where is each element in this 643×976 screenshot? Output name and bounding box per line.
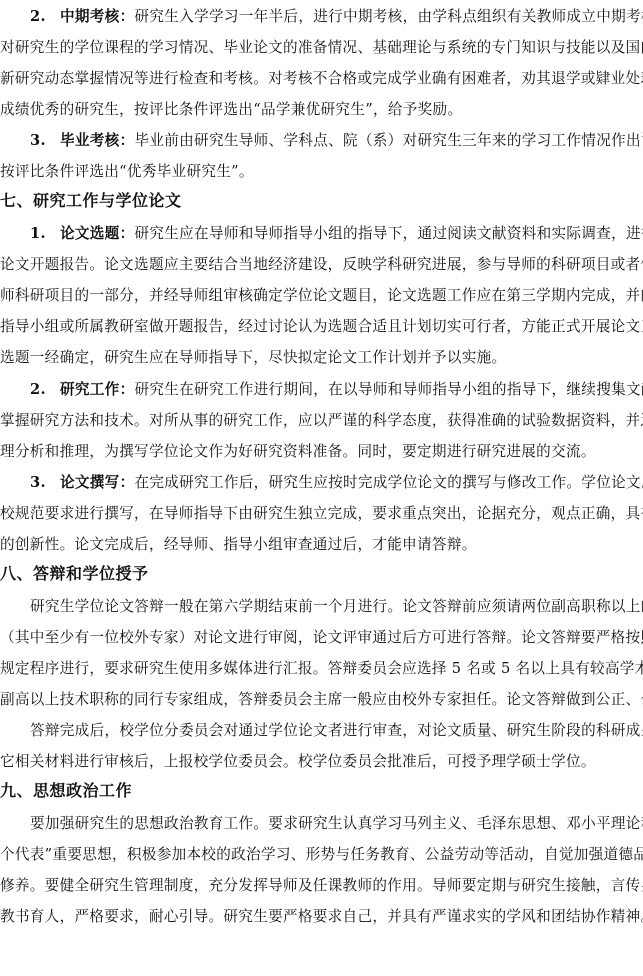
item-number: 2. xyxy=(30,1,60,32)
item-text: 研究生入学学习一年半后，进行中期考核，由学科点组织有关教师成立中期考核小组， xyxy=(134,8,643,25)
paragraph-line: 指导小组或所属教研室做开题报告，经过讨论认为选题合适且计划切实可行者，方能正式开… xyxy=(0,311,643,342)
paragraph-line: 选题一经确定，研究生应在导师指导下，尽快拟定论文工作计划并予以实施。 xyxy=(0,342,643,373)
paragraph-line: 新研究动态掌握情况等进行检查和考核。对考核不合格或完成学业确有困难者，劝其退学或… xyxy=(0,63,643,94)
paragraph-line: 规定程序进行，要求研究生使用多媒体进行汇报。答辩委员会应选择 5 名或 5 名以… xyxy=(0,653,643,684)
thesis-writing-line-1: 3.论文撰写：在完成研究工作后，研究生应按时完成学位论文的撰写与修改工作。学位论… xyxy=(0,467,643,498)
paragraph-line: 按评比条件评选出“优秀毕业研究生”。 xyxy=(0,156,643,187)
paragraph-line: 的创新性。论文完成后，经导师、指导小组审查通过后，才能申请答辩。 xyxy=(0,529,643,560)
paragraph-line: 修养。要健全研究生管理制度，充分发挥导师及任课教师的作用。导师要定期与研究生接触… xyxy=(0,870,643,901)
paragraph-line: 答辩完成后，校学位分委员会对通过学位论文者进行审查，对论文质量、研究生阶段的科研… xyxy=(0,715,643,746)
thesis-topic-line-1: 1.论文选题：研究生应在导师和导师指导小组的指导下，通过阅读文献资料和实际调查，… xyxy=(0,218,643,249)
paragraph-line: 个代表”重要思想，积极参加本校的政治学习、形势与任务教育、公益劳动等活动，自觉加… xyxy=(0,839,643,870)
paragraph-line: 校规范要求进行撰写，在导师指导下由研究生独立完成，要求重点突出，论据充分，观点正… xyxy=(0,498,643,529)
item-text: 毕业前由研究生导师、学科点、院（系）对研究生三年来的学习工作情况作出评价， xyxy=(134,132,643,149)
item-number: 3. xyxy=(30,467,60,498)
paragraph-line: 要加强研究生的思想政治教育工作。要求研究生认真学习马列主义、毛泽东思想、邓小平理… xyxy=(0,808,643,839)
research-work-line-1: 2.研究工作：研究生在研究工作进行期间，在以导师和导师指导小组的指导下，继续搜集… xyxy=(0,374,643,405)
paragraph-line: 教书育人，严格要求，耐心引导。研究生要严格要求自己，并具有严谨求实的学风和团结协… xyxy=(0,901,643,932)
paragraph-line: 师科研项目的一部分，并经导师组审核确定学位论文题目，论文选题工作应在第三学期内完… xyxy=(0,280,643,311)
paragraph-line: （其中至少有一位校外专家）对论文进行审阅，论文评审通过后方可进行答辩。论文答辩要… xyxy=(0,622,643,653)
item-label: 研究工作： xyxy=(60,381,134,398)
paragraph-line: 论文开题报告。论文选题应主要结合当地经济建设，反映学科研究进展，参与导师的科研项… xyxy=(0,249,643,280)
paragraph-line: 副高以上技术职称的同行专家组成，答辩委员会主席一般应由校外专家担任。论文答辩做到… xyxy=(0,684,643,715)
item-label: 毕业考核： xyxy=(60,132,134,149)
item-label: 论文撰写： xyxy=(60,474,134,491)
section-heading: 八、答辩和学位授予 xyxy=(0,558,149,589)
item-number: 2. xyxy=(30,374,60,405)
graduation-assessment-line-1: 3.毕业考核：毕业前由研究生导师、学科点、院（系）对研究生三年来的学习工作情况作… xyxy=(0,125,643,156)
paragraph-line: 研究生学位论文答辩一般在第六学期结束前一个月进行。论文答辩前应须请两位副高职称以… xyxy=(0,591,643,622)
section-heading: 九、思想政治工作 xyxy=(0,775,132,806)
item-label: 论文选题： xyxy=(60,225,134,242)
paragraph-line: 成绩优秀的研究生，按评比条件评选出“品学兼优研究生”，给予奖励。 xyxy=(0,94,643,125)
paragraph-line: 掌握研究方法和技术。对所从事的研究工作，应以严谨的科学态度，获得准确的试验数据资… xyxy=(0,405,643,436)
paragraph-line: 理分析和推理，为撰写学位论文作为好研究资料准备。同时，要定期进行研究进展的交流。 xyxy=(0,436,643,467)
item-text: 研究生应在导师和导师指导小组的指导下，通过阅读文献资料和实际调查，进行学位 xyxy=(134,225,643,242)
paragraph-line: 它相关材料进行审核后，上报校学位委员会。校学位委员会批准后，可授予理学硕士学位。 xyxy=(0,746,643,777)
item-number: 3. xyxy=(30,125,60,156)
item-label: 中期考核： xyxy=(60,8,134,25)
item-text: 研究生在研究工作进行期间，在以导师和导师指导小组的指导下，继续搜集文献资料， xyxy=(134,381,643,398)
item-number: 1. xyxy=(30,218,60,249)
paragraph-line: 对研究生的学位课程的学习情况、毕业论文的准备情况、基础理论与系统的专门知识与技能… xyxy=(0,32,643,63)
midterm-assessment-line-1: 2.中期考核：研究生入学学习一年半后，进行中期考核，由学科点组织有关教师成立中期… xyxy=(0,1,643,32)
section-heading: 七、研究工作与学位论文 xyxy=(0,185,182,216)
item-text: 在完成研究工作后，研究生应按时完成学位论文的撰写与修改工作。学位论文应按学 xyxy=(134,474,643,491)
